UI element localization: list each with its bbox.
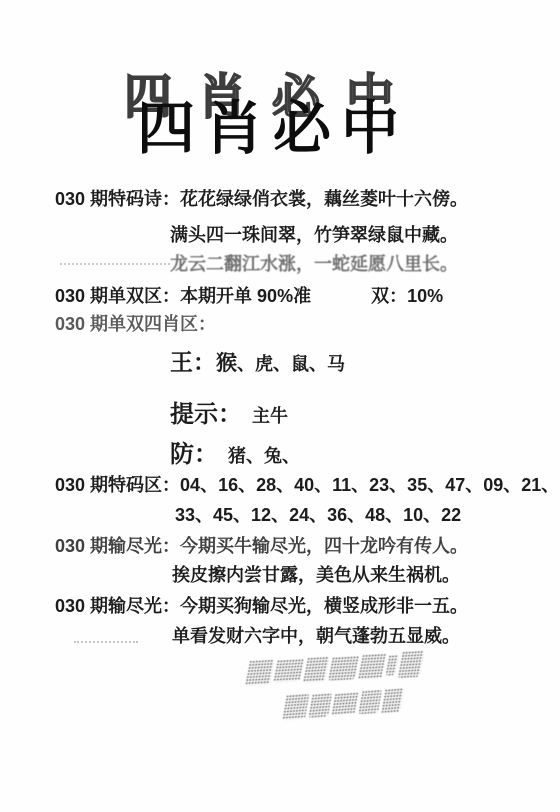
hint-label: 提示： [170,401,242,428]
illegible-stamp-glyph [397,650,424,677]
guard-label: 防： [170,441,218,468]
loseall-1-line-1: 今期买牛输尽光，四十龙吟有传人。 [180,536,468,556]
odd-even-row: 030 期单双区：本期开单 90%准双：10% [55,286,443,308]
illegible-stamp-line-1 [246,650,425,685]
numbers-line-1: 04、16、28、40、11、23、35、47、09、21、 [180,475,559,495]
king-animal: 猴 [216,352,237,375]
loseall-label-2: 030 期输尽光： [55,596,180,618]
odd-even-label: 030 期单双区： [55,286,180,308]
illegible-stamp-glyph [282,693,309,720]
guard-value: 猪、兔、 [228,446,300,466]
illegible-stamp-glyph [308,693,332,718]
poem-row: 030 期特码诗：花花绿绿俏衣裳，藕丝菱叶十六傍。 [55,189,468,211]
hint-row: 提示：主牛 [170,394,288,429]
illegible-stamp-glyph [358,689,382,714]
loseall-row-1: 030 期输尽光：今期买牛输尽光，四十龙吟有传人。 [55,536,468,558]
odd-value: 本期开单 90%准 [180,286,311,306]
loseall-2-line-2: 单看发财六字中，朝气蓬勃五显威。 [172,626,460,648]
illegible-stamp-glyph [358,653,387,680]
illegible-stamp-glyph [381,687,404,713]
zodiac-king-row: 王：猴、虎、鼠、马 [170,344,345,377]
king-label: 王： [170,349,216,375]
illegible-stamp-glyph [273,659,304,683]
guard-row: 防：猪、兔、 [170,434,300,469]
scanned-lottery-tip-sheet: 四肖必中 四肖必中 030 期特码诗：花花绿绿俏衣裳，藕丝菱叶十六傍。 满头四一… [0,0,560,812]
numbers-line-2: 33、45、12、24、36、48、10、22 [175,505,461,527]
poem-line-1: 花花绿绿俏衣裳，藕丝菱叶十六傍。 [180,189,468,209]
page-title: 四肖必中 [137,100,409,158]
scan-artifact-dots [60,263,170,265]
loseall-row-2: 030 期输尽光：今期买狗输尽光，横竖成形非一五。 [55,596,468,618]
illegible-stamp-line-2 [283,687,405,720]
scan-artifact-dashes [74,641,138,643]
other-animals: 、虎、鼠、马 [237,354,345,374]
numbers-label: 030 期特码区： [55,475,180,497]
four-zodiac-label: 030 期单双四肖区： [55,314,216,336]
poem-line-2: 满头四一珠间翠，竹笋翠绿鼠中藏。 [170,225,458,247]
illegible-stamp-glyph [385,655,399,676]
illegible-stamp-glyph [328,655,359,680]
illegible-stamp-glyph [331,692,359,715]
loseall-1-line-2: 挨皮擦内尝甘露，美色从来生祸机。 [172,565,460,587]
loseall-2-line-1: 今期买狗输尽光，横竖成形非一五。 [180,596,468,616]
poem-label: 030 期特码诗： [55,189,180,211]
even-value: 双：10% [371,286,443,306]
poem-line-3: 龙云二翻江水涨，一蛇延愿八里长。 [170,254,458,276]
illegible-stamp-glyph [303,656,330,682]
loseall-label-1: 030 期输尽光： [55,536,180,558]
illegible-stamp-glyph [245,659,275,686]
hint-value: 主牛 [252,406,288,426]
numbers-row: 030 期特码区：04、16、28、40、11、23、35、47、09、21、 [55,475,559,497]
